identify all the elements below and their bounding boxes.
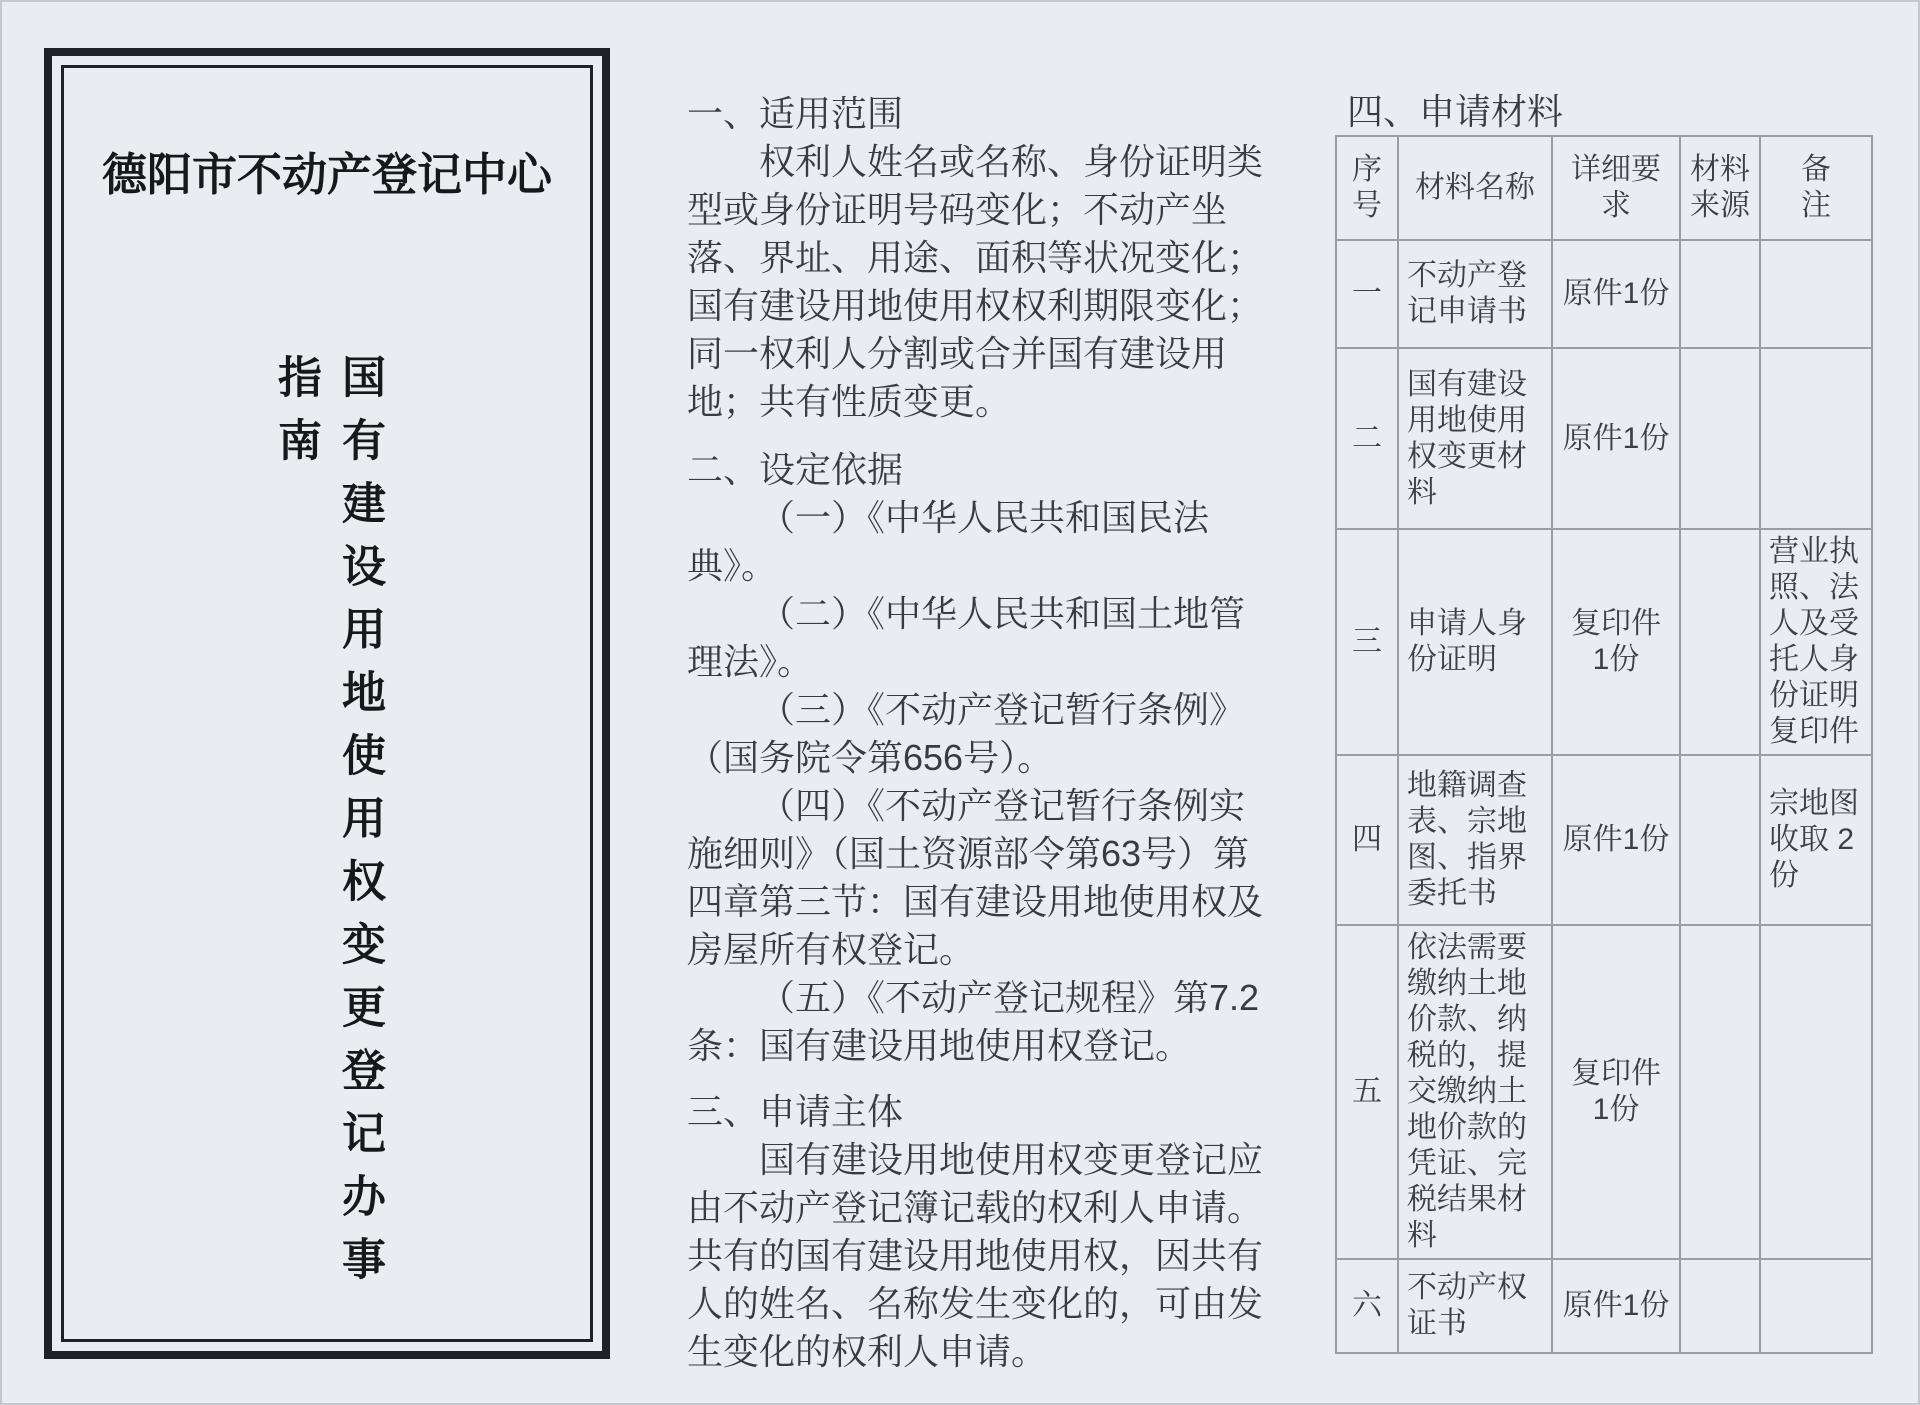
cell-source xyxy=(1680,1259,1760,1353)
section-basis: 二、设定依据 （一）《中华人民共和国民法典》。 （二）《中华人民共和国土地管理法… xyxy=(687,446,1269,1070)
section-basis-item-5: （五）《不动产登记规程》第7.2条：国有建设用地使用权登记。 xyxy=(687,974,1269,1070)
cell-source xyxy=(1680,529,1760,755)
cell-requirement: 复印件 1份 xyxy=(1552,529,1680,755)
cell-note xyxy=(1760,348,1872,529)
table-row: 二 国有建设用地使用权变更材料 原件1份 xyxy=(1336,348,1872,529)
section-basis-title: 二、设定依据 xyxy=(687,446,1269,494)
cover-panel: 德阳市不动产登记中心 国有建设用地使用权变更登记办事指南 xyxy=(44,48,610,1359)
materials-column: 四、申请材料 序 号 材料名称 详细要求 材料 来源 备 注 一 不动产登记申请… xyxy=(1335,90,1871,1354)
content-column: 一、适用范围 权利人姓名或名称、身份证明类型或身份证明号码变化；不动产坐落、界址… xyxy=(687,90,1269,1376)
section-basis-item-2: （二）《中华人民共和国土地管理法》。 xyxy=(687,590,1269,686)
cell-material-name: 国有建设用地使用权变更材料 xyxy=(1398,348,1552,529)
cell-requirement: 原件1份 xyxy=(1552,348,1680,529)
cell-material-name: 申请人身份证明 xyxy=(1398,529,1552,755)
materials-title: 四、申请材料 xyxy=(1347,90,1871,134)
cell-serial: 四 xyxy=(1336,755,1398,925)
header-material-name: 材料名称 xyxy=(1398,136,1552,240)
section-applicant: 三、申请主体 国有建设用地使用权变更登记应由不动产登记簿记载的权利人申请。共有的… xyxy=(687,1088,1269,1376)
brochure-page: 德阳市不动产登记中心 国有建设用地使用权变更登记办事指南 一、适用范围 权利人姓… xyxy=(0,0,1920,1405)
table-row: 四 地籍调查表、宗地图、指界委托书 原件1份 宗地图收取 2 份 xyxy=(1336,755,1872,925)
org-title: 德阳市不动产登记中心 xyxy=(64,138,590,203)
cell-serial: 二 xyxy=(1336,348,1398,529)
cell-source xyxy=(1680,755,1760,925)
cover-inner-border: 德阳市不动产登记中心 国有建设用地使用权变更登记办事指南 xyxy=(61,65,593,1342)
header-source: 材料 来源 xyxy=(1680,136,1760,240)
cell-source xyxy=(1680,240,1760,348)
table-row: 一 不动产登记申请书 原件1份 xyxy=(1336,240,1872,348)
cell-requirement: 原件1份 xyxy=(1552,240,1680,348)
cell-requirement: 原件1份 xyxy=(1552,755,1680,925)
cell-requirement: 复印件 1份 xyxy=(1552,925,1680,1259)
cell-serial: 三 xyxy=(1336,529,1398,755)
cell-note xyxy=(1760,925,1872,1259)
cell-note xyxy=(1760,1259,1872,1353)
section-scope-paragraph: 权利人姓名或名称、身份证明类型或身份证明号码变化；不动产坐落、界址、用途、面积等… xyxy=(687,138,1269,426)
materials-header-row: 序 号 材料名称 详细要求 材料 来源 备 注 xyxy=(1336,136,1872,240)
cell-serial: 一 xyxy=(1336,240,1398,348)
cell-note: 营业执照、法人及受托人身份证明复印件 xyxy=(1760,529,1872,755)
cell-requirement: 原件1份 xyxy=(1552,1259,1680,1353)
cell-material-name: 地籍调查表、宗地图、指界委托书 xyxy=(1398,755,1552,925)
table-row: 五 依法需要缴纳土地价款、纳税的，提交缴纳土地价款的凭证、完税结果材料 复印件 … xyxy=(1336,925,1872,1259)
cell-note: 宗地图收取 2 份 xyxy=(1760,755,1872,925)
cell-note xyxy=(1760,240,1872,348)
section-scope: 一、适用范围 权利人姓名或名称、身份证明类型或身份证明号码变化；不动产坐落、界址… xyxy=(687,90,1269,426)
cell-material-name: 依法需要缴纳土地价款、纳税的，提交缴纳土地价款的凭证、完税结果材料 xyxy=(1398,925,1552,1259)
cell-source xyxy=(1680,348,1760,529)
cell-material-name: 不动产权证书 xyxy=(1398,1259,1552,1353)
section-basis-item-3: （三）《不动产登记暂行条例》（国务院令第656号）。 xyxy=(687,686,1269,782)
section-scope-title: 一、适用范围 xyxy=(687,90,1269,138)
cell-material-name: 不动产登记申请书 xyxy=(1398,240,1552,348)
section-basis-item-1: （一）《中华人民共和国民法典》。 xyxy=(687,494,1269,590)
materials-table: 序 号 材料名称 详细要求 材料 来源 备 注 一 不动产登记申请书 原件1份 … xyxy=(1335,135,1873,1354)
section-basis-item-4: （四）《不动产登记暂行条例实施细则》（国土资源部令第63号）第四章第三节：国有建… xyxy=(687,782,1269,974)
section-applicant-paragraph: 国有建设用地使用权变更登记应由不动产登记簿记载的权利人申请。共有的国有建设用地使… xyxy=(687,1136,1269,1376)
cell-serial: 五 xyxy=(1336,925,1398,1259)
cell-source xyxy=(1680,925,1760,1259)
guide-vertical-title: 国有建设用地使用权变更登记办事指南 xyxy=(263,354,391,1339)
table-row: 三 申请人身份证明 复印件 1份 营业执照、法人及受托人身份证明复印件 xyxy=(1336,529,1872,755)
header-note: 备 注 xyxy=(1760,136,1872,240)
header-serial: 序 号 xyxy=(1336,136,1398,240)
section-applicant-title: 三、申请主体 xyxy=(687,1088,1269,1136)
table-row: 六 不动产权证书 原件1份 xyxy=(1336,1259,1872,1353)
header-requirement: 详细要求 xyxy=(1552,136,1680,240)
cell-serial: 六 xyxy=(1336,1259,1398,1353)
